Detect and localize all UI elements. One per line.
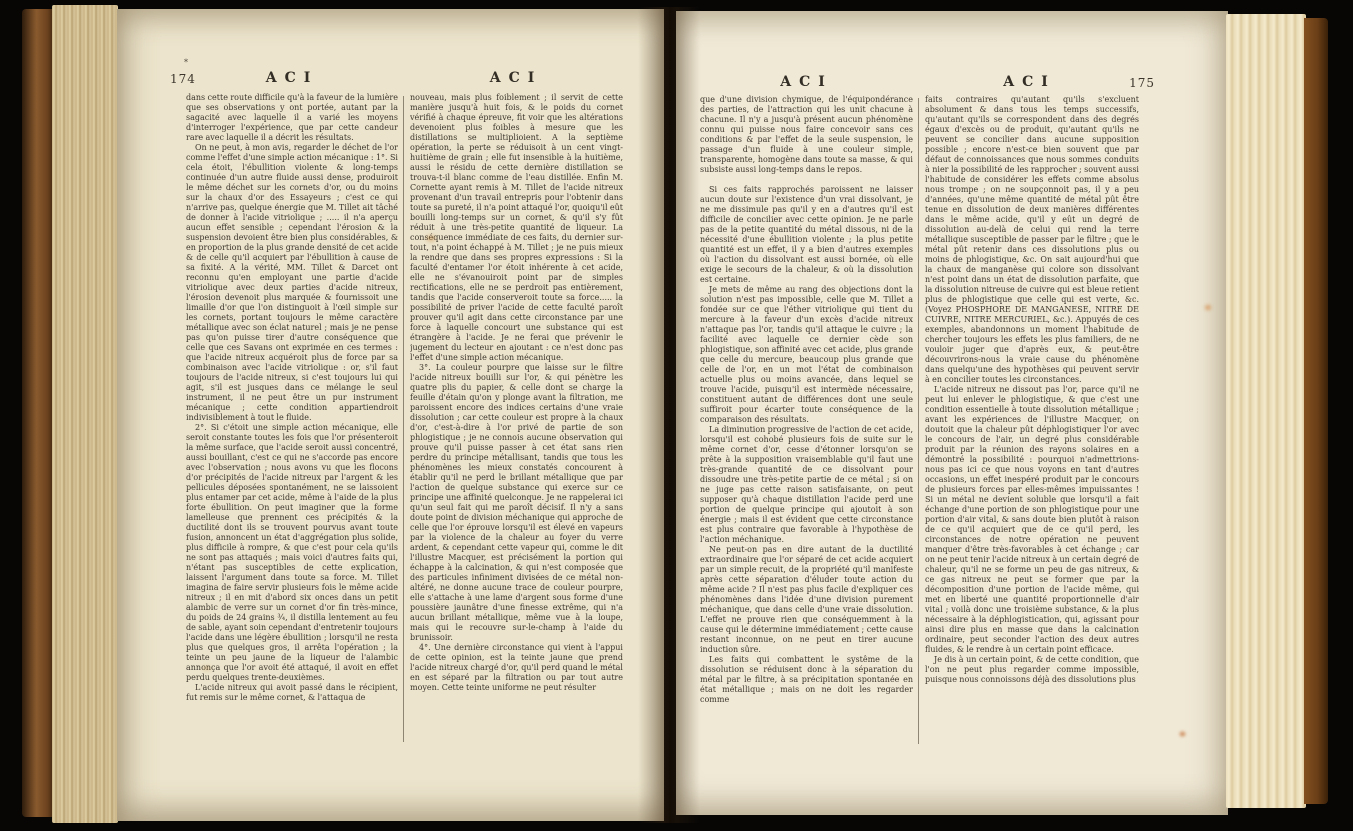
text-column-3: que d'une division chymique, de l'équipo… — [700, 95, 913, 747]
paragraph: La diminution progressive de l'action de… — [700, 425, 913, 545]
foxing-stain — [1203, 303, 1213, 312]
paragraph: 3°. La couleur pourpre que laisse sur le… — [410, 363, 623, 643]
paragraph: que d'une division chymique, de l'équipo… — [700, 95, 913, 175]
right-page-block-fore-edge — [1226, 14, 1306, 808]
running-head-right-col1: ACI — [700, 74, 913, 90]
paragraph: Je dis à un certain point, & de cette co… — [925, 655, 1139, 685]
text-column-2: nouveau, mais plus foiblement ; il servi… — [410, 93, 623, 745]
paragraph: nouveau, mais plus foiblement ; il servi… — [410, 93, 623, 363]
signature-mark: * — [184, 58, 188, 67]
paragraph: On ne peut, à mon avis, regarder le déch… — [186, 143, 398, 423]
running-head-left-col2: ACI — [409, 70, 623, 86]
paragraph: Les faits qui combattent le systême de l… — [700, 655, 913, 705]
foxing-stain — [607, 361, 619, 370]
page-number-right: 175 — [1110, 76, 1155, 90]
photo-of-open-book: { "book": { "left_page": { "page_number"… — [0, 0, 1353, 831]
right-cover-leather-edge — [1304, 18, 1328, 804]
text-column-4: faits contraires qu'autant qu'ils s'excl… — [925, 95, 1139, 747]
paragraph: Je mets de même au rang des objections d… — [700, 285, 913, 425]
text-column-1: dans cette route difficile qu'à la faveu… — [186, 93, 398, 745]
paragraph: dans cette route difficile qu'à la faveu… — [186, 93, 398, 143]
column-rule-right-page — [918, 98, 919, 744]
paragraph: 4°. Une dernière circonstance qui vient … — [410, 643, 623, 693]
paragraph: Ne peut-on pas en dire autant de la duct… — [700, 545, 913, 655]
paragraph: Si ces faits rapprochés paroissent ne la… — [700, 185, 913, 285]
paragraph: L'acide nitreux ne dissout pas l'or, par… — [925, 385, 1139, 655]
left-page-block-fore-edge — [52, 5, 118, 823]
foxing-stain — [1178, 730, 1187, 738]
column-rule-left-page — [403, 96, 404, 742]
running-head-right-col2: ACI — [922, 74, 1137, 90]
foxing-stain — [424, 233, 438, 244]
left-cover-leather-edge — [22, 9, 54, 817]
running-head-left-col1: ACI — [186, 70, 398, 86]
paragraph: faits contraires qu'autant qu'ils s'excl… — [925, 95, 1139, 385]
book-gutter-shadow — [638, 7, 700, 823]
paragraph: L'acide nitreux qui avoit passé dans le … — [186, 683, 398, 703]
foxing-stain — [200, 664, 213, 673]
paragraph: 2°. Si c'étoit une simple action mécaniq… — [186, 423, 398, 683]
